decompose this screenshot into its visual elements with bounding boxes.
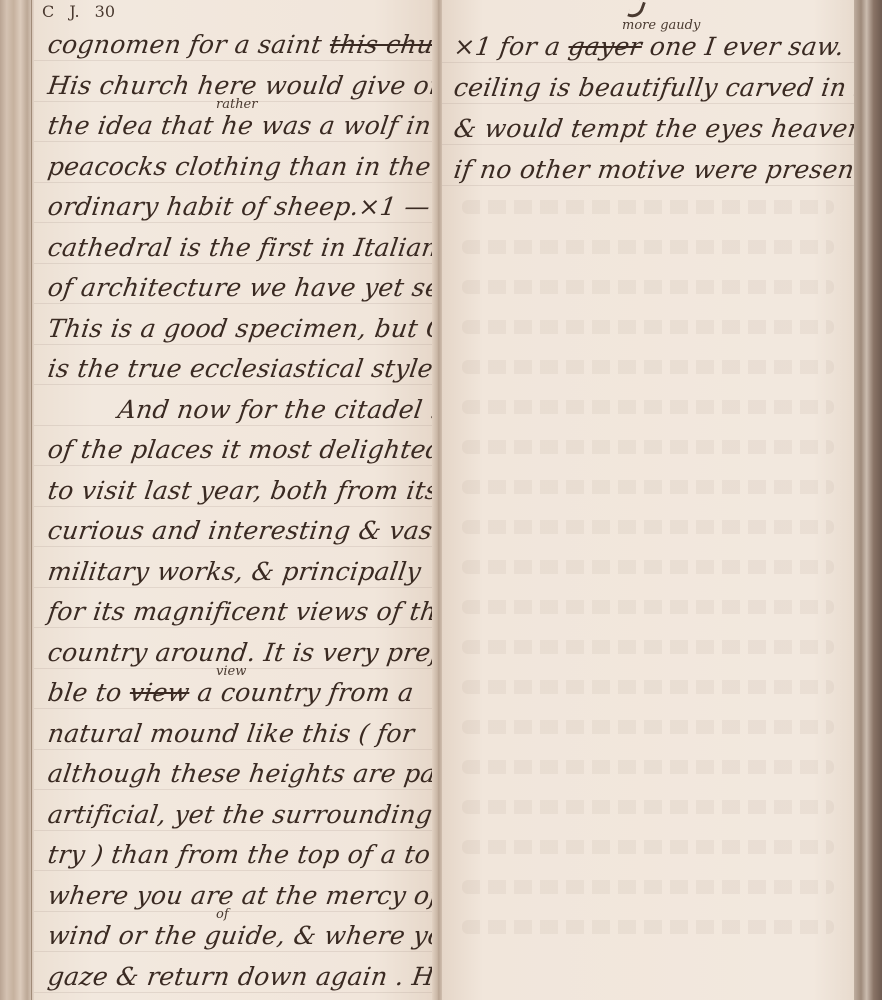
line-text: cognomen for a saint xyxy=(46,30,332,59)
show-through-line xyxy=(462,200,834,214)
line-text-continued: a country from a xyxy=(187,678,415,707)
handwritten-line: cognomen for a saint this church. xyxy=(46,30,487,59)
interlinear-insertion: view xyxy=(216,664,246,679)
line-text: although these heights are partly xyxy=(46,759,483,788)
struck-text: gayer xyxy=(567,32,644,61)
show-through-line xyxy=(462,640,834,654)
handwritten-line: to visit last year, both from its xyxy=(46,476,441,505)
line-text: wind or the guide, & where you xyxy=(46,921,462,950)
handwritten-line: ble to view a country from a xyxy=(46,678,416,707)
handwritten-line: peacocks clothing than in the xyxy=(46,152,433,181)
line-text: of the places it most delighted me xyxy=(46,435,492,464)
line-text: gaze & return down again . Here xyxy=(46,962,479,991)
journal-spread: C J. 30 cognomen for a saint this church… xyxy=(0,0,882,1000)
ruled-line xyxy=(34,911,434,912)
right-page: ×1 for a gayer one I ever saw. Themore g… xyxy=(442,0,854,1000)
line-text: curious and interesting & vast xyxy=(46,516,445,545)
ruled-line xyxy=(34,425,434,426)
handwritten-line: of architecture we have yet seen. xyxy=(46,273,482,302)
ruled-line xyxy=(34,182,434,183)
show-through-line xyxy=(462,280,834,294)
handwritten-line: curious and interesting & vast xyxy=(46,516,445,545)
ruled-line xyxy=(34,546,434,547)
ruled-line xyxy=(442,62,854,63)
line-text: ceiling is beautifully carved in stone xyxy=(452,73,882,102)
ruled-line xyxy=(34,222,434,223)
show-through-line xyxy=(462,320,834,334)
handwritten-line: ordinary habit of sheep.×1 — The xyxy=(46,192,489,221)
show-through-line xyxy=(462,800,834,814)
handwritten-line: country around. It is very prefera- xyxy=(46,638,494,667)
line-text: & would tempt the eyes heavenward, xyxy=(452,114,882,143)
handwritten-line: although these heights are partly xyxy=(46,759,483,788)
show-through-line xyxy=(462,760,834,774)
ruled-line xyxy=(34,627,434,628)
ruled-line xyxy=(442,144,854,145)
page-marker: C J. 30 xyxy=(42,2,115,21)
show-through-line xyxy=(462,720,834,734)
handwritten-line: ×1 for a gayer one I ever saw. The xyxy=(452,32,882,61)
handwritten-line: the idea that he was a wolf in xyxy=(46,111,433,140)
line-text: natural mound like this ( for xyxy=(46,719,416,748)
ruled-line xyxy=(34,384,434,385)
ruled-line xyxy=(442,185,854,186)
handwritten-line: where you are at the mercy of the xyxy=(46,881,491,910)
handwritten-line: & would tempt the eyes heavenward, xyxy=(452,114,882,143)
line-text: His church here would give one xyxy=(46,71,463,100)
line-text: ordinary habit of sheep.×1 — The xyxy=(46,192,489,221)
show-through-line xyxy=(462,600,834,614)
left-page: C J. 30 cognomen for a saint this church… xyxy=(34,0,434,1000)
handwritten-line: if no other motive were present. xyxy=(452,155,875,184)
struck-text: view xyxy=(128,678,192,707)
line-text-continued: one I ever saw. The xyxy=(640,32,882,61)
ruled-line xyxy=(34,870,434,871)
ruled-line xyxy=(34,587,434,588)
line-text: of architecture we have yet seen. xyxy=(46,273,482,302)
ruled-line xyxy=(442,103,854,104)
ruled-line xyxy=(34,951,434,952)
line-text: ×1 for a xyxy=(452,32,571,61)
handwritten-line: gaze & return down again . Here xyxy=(46,962,479,991)
handwritten-line: for its magnificent views of the xyxy=(46,597,454,626)
ruled-line xyxy=(34,141,434,142)
show-through-line xyxy=(462,560,834,574)
ruled-line xyxy=(34,263,434,264)
interlinear-insertion: more gaudy xyxy=(622,18,700,33)
handwritten-line: His church here would give one xyxy=(46,71,463,100)
book-fore-edge-left xyxy=(0,0,34,1000)
ruled-line xyxy=(34,789,434,790)
line-text: ble to xyxy=(46,678,132,707)
handwritten-line: of the places it most delighted me xyxy=(46,435,492,464)
book-fore-edge-right xyxy=(854,0,882,1000)
line-text: peacocks clothing than in the xyxy=(46,152,433,181)
handwritten-line: is the true ecclesiastical style . xyxy=(46,354,452,383)
line-text: to visit last year, both from its xyxy=(46,476,441,505)
ruled-line xyxy=(34,708,434,709)
handwritten-line: natural mound like this ( for xyxy=(46,719,416,748)
show-through-line xyxy=(462,880,834,894)
line-text: for its magnificent views of the xyxy=(46,597,454,626)
show-through-line xyxy=(462,840,834,854)
line-text: if no other motive were present. xyxy=(452,155,875,184)
show-through-line xyxy=(462,400,834,414)
show-through-line xyxy=(462,520,834,534)
show-through-line xyxy=(462,240,834,254)
line-text: try ) than from the top of a tower xyxy=(46,840,481,869)
show-through-line xyxy=(462,680,834,694)
ruled-line xyxy=(34,506,434,507)
show-through-line xyxy=(462,440,834,454)
line-text: is the true ecclesiastical style . xyxy=(46,354,452,383)
ruled-line xyxy=(34,749,434,750)
interlinear-insertion: of xyxy=(216,907,229,922)
interlinear-insertion: rather xyxy=(216,97,257,112)
line-text: military works, & principally xyxy=(46,557,423,586)
handwritten-line: ceiling is beautifully carved in stone xyxy=(452,73,882,102)
line-text: the idea that he was a wolf in xyxy=(46,111,433,140)
show-through-line xyxy=(462,480,834,494)
ruled-line xyxy=(34,992,434,993)
line-text: country around. It is very prefera- xyxy=(46,638,494,667)
line-text: where you are at the mercy of the xyxy=(46,881,491,910)
ruled-line xyxy=(34,303,434,304)
ruled-line xyxy=(34,344,434,345)
handwritten-line: try ) than from the top of a tower xyxy=(46,840,481,869)
ruled-line xyxy=(34,830,434,831)
show-through-line xyxy=(462,920,834,934)
ruled-line xyxy=(34,60,434,61)
handwritten-line: wind or the guide, & where you xyxy=(46,921,462,950)
show-through-line xyxy=(462,360,834,374)
handwritten-line: military works, & principally xyxy=(46,557,423,586)
ruled-line xyxy=(34,465,434,466)
